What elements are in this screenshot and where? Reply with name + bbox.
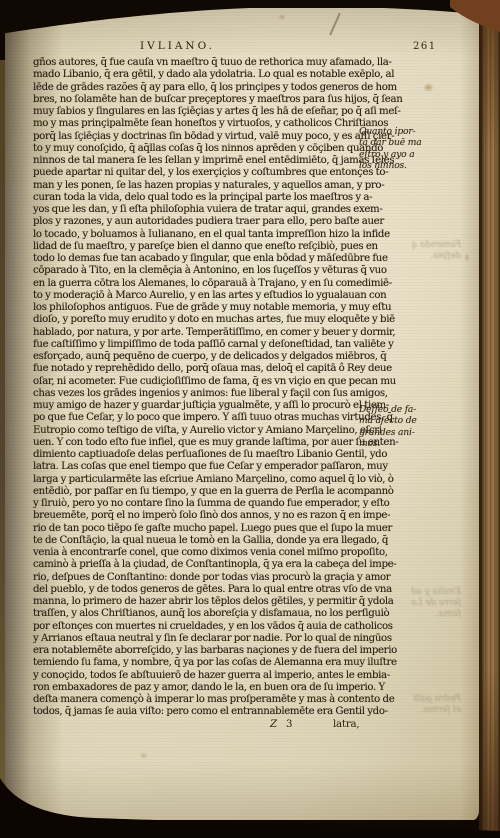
body-text-line: lēde de grādes razões q̄ ay para ello, q…: [33, 82, 377, 94]
ink-showthrough: Emilia y adſerra de Lafama.: [357, 587, 461, 620]
margin-note-line: grandes ani-: [359, 427, 475, 438]
body-text-line: por eſtonçes con muertes ni crueldades, …: [33, 621, 377, 633]
margin-note-maestros: Quanto ipor-ta dar buē maeſtro y ayo alo…: [359, 126, 475, 171]
body-text-line: lo tocado, y boluamos à Iulianano, en el…: [33, 229, 377, 241]
signature-letter: Z: [270, 719, 277, 730]
body-text-line: to y moderaçiō à Marco Aurelio, y en las…: [33, 290, 377, 302]
body-text-line: mado Libanio, q̄ era gētil, y dado ala y…: [33, 69, 377, 81]
body-text-line: muy ſabios y ſingulares en las ſçiēçias …: [33, 106, 377, 118]
body-text-line: latra. Las coſas que enel tiempo que fue…: [33, 461, 377, 473]
margin-note-line: los ninnos.: [359, 160, 475, 171]
body-text-line: y Arrianos eſtaua neutral y ſin ſe decla…: [33, 633, 377, 645]
book-photo: IVLIANO. 261 gños autores, q̄ fue cauſa …: [0, 0, 500, 838]
signature-line: Z 3 latra,: [33, 719, 377, 732]
body-text-line: man y les ponen, ſe las hazen propias y …: [33, 180, 377, 192]
body-text-line: mo y mas prinçipalmēte ſean honeſtos y v…: [33, 118, 377, 130]
body-text-line: lidad de ſu maeſtro, y pareſçe bien el d…: [33, 241, 377, 253]
page-number: 261: [413, 41, 437, 52]
body-text-line: breuemēte, porq̄ el no imperò ſolo ſinò …: [33, 510, 377, 522]
body-text-line: traſſen, y alos Chriſtianos, aunq̄ los a…: [33, 608, 377, 620]
body-text-line: hablado, por natura, y por arte. Temperā…: [33, 327, 377, 339]
body-text-line: porq̄ las ſçiēçias y doctrinas ſin bōdad…: [33, 131, 377, 143]
body-text-line: y ſiruiò, pero yo no contare ſino la ſum…: [33, 498, 377, 510]
body-text-line: to y muy conoſçido, q̄ aq̄llas coſas q̄ …: [33, 143, 377, 155]
body-text-line: rio, deſpues de Conſtantino: donde por t…: [33, 572, 377, 584]
margin-note-fama: Deſſeo de fa-ma afecto degrandes ani-mos…: [359, 404, 475, 449]
body-text-line: esforçado, aunq̄ pequēno de cuerpo, y de…: [33, 351, 377, 363]
signature-number: 3: [286, 719, 292, 730]
margin-note-line: Quanto ipor-: [359, 126, 475, 137]
body-text-line: gños autores, q̄ fue cauſa vn maeſtro q̄…: [33, 57, 377, 69]
body-text-line: ron embaxadores de paz y amor, dando le …: [33, 682, 377, 694]
body-text-line: los philoſophos antiguos. Fue de grāde y…: [33, 302, 377, 314]
ink-showthrough: Pedro galliel ſermo.: [357, 694, 461, 716]
body-text-line: todos, q̄ jamas ſe auia viſto: pero como…: [33, 706, 377, 718]
body-text-line: dimiento captiuadoſe delas perſuaſiones …: [33, 449, 377, 461]
margin-note-line: ta dar buē ma: [359, 137, 475, 148]
body-text-line: fue notado y reprehēdido dello, porq̄ oſ…: [33, 363, 377, 375]
showthrough-line: Famenda q: [357, 240, 461, 251]
body-text-line: muy amigo de hazer y guardar juſtiçia yg…: [33, 400, 377, 412]
body-text-line: en la guerra cōtra los Alemanes, lo cōpa…: [33, 278, 377, 290]
body-text-line: yos que les dan, y ſi eſta philoſophia v…: [33, 204, 377, 216]
body-text-line: dioſo, y poreſto muy erudito y doto en m…: [33, 314, 377, 326]
body-text-line: caminò à prieſſa à la çiudad, de Conſtan…: [33, 559, 377, 571]
body-text-line: venia à encontrarſe conel, que como dixi…: [33, 547, 377, 559]
body-text-line: larga y particularmēte las eſcriue Amian…: [33, 474, 377, 486]
body-text-line: era notablemēte aborreſçido, y las barba…: [33, 645, 377, 657]
book-fore-edge: [479, 0, 500, 838]
body-text-line: entēdiò, por paſſar en ſu tiempo, y que …: [33, 486, 377, 498]
showthrough-line: Pedro galli: [357, 694, 461, 705]
body-text-line: manna, lo primero de hazer abrir los tēp…: [33, 596, 377, 608]
body-text-line: uen. Y con todo eſto fue infiel, que es …: [33, 437, 377, 449]
ink-showthrough: Famenda qdeſpia.: [357, 240, 461, 262]
body-text-block: gños autores, q̄ fue cauſa vn maeſtro q̄…: [33, 57, 377, 719]
body-text-line: bres, no ſolamēte han de buſcar preçepto…: [33, 94, 377, 106]
body-text-line: curan toda la vida, delo qual todo es la…: [33, 192, 377, 204]
margin-note-line: eſtro y ayo a: [359, 149, 475, 160]
catchword: latra,: [333, 719, 359, 730]
body-text-line: cōparado à Tito, en la clemēçia à Antoni…: [33, 265, 377, 277]
showthrough-line: fama.: [357, 609, 461, 620]
body-text-line: ninnos de tal manera ſe les ſellan y imp…: [33, 155, 377, 167]
showthrough-line: el ſermo.: [357, 705, 461, 716]
showthrough-line: ſerra de La: [357, 598, 461, 609]
body-text-line: temiendo ſu fama, y nombre, q̄ ya por la…: [33, 657, 377, 669]
margin-note-line: Deſſeo de fa-: [359, 404, 475, 415]
body-text-line: del pueblo, y de todos generos de gētes.…: [33, 584, 377, 596]
margin-note-line: mos.: [359, 438, 475, 449]
body-text-line: y conoçido, todos ſe abſtuuierō de hazer…: [33, 670, 377, 682]
running-title: IVLIANO.: [140, 40, 215, 52]
body-text-line: puede apartar ni quitar del, y los exerç…: [33, 167, 377, 179]
body-text-line: chas vezes los grādes ingenios y animos:…: [33, 388, 377, 400]
body-text-line: deſta manera començò à imperar lo mas pr…: [33, 694, 377, 706]
showthrough-line: Emilia y ad: [357, 587, 461, 598]
body-text-line: po que fue Ceſar, y lo poco que impero. …: [33, 412, 377, 424]
showthrough-line: deſpia.: [357, 251, 461, 262]
body-text-line: Eutropio como teſtigo de viſta, y Aureli…: [33, 425, 377, 437]
margin-note-line: ma afecto de: [359, 415, 475, 426]
body-text-line: fue caſtiſſimo y limpiſſimo de toda paſſ…: [33, 339, 377, 351]
body-text-line: te de Conſtāçio, la qual nueua le tomò e…: [33, 535, 377, 547]
body-text-line: rio de tan poco tiēpo ſe gaſte mucho pap…: [33, 523, 377, 535]
body-text-line: todo lo demas fue tan acabado y ſingular…: [33, 253, 377, 265]
body-text-line: oſar, ni acometer. Fue cudiçioſiſſimo de…: [33, 376, 377, 388]
body-text-line: plos y razones, y aun autoridades pudier…: [33, 216, 377, 228]
